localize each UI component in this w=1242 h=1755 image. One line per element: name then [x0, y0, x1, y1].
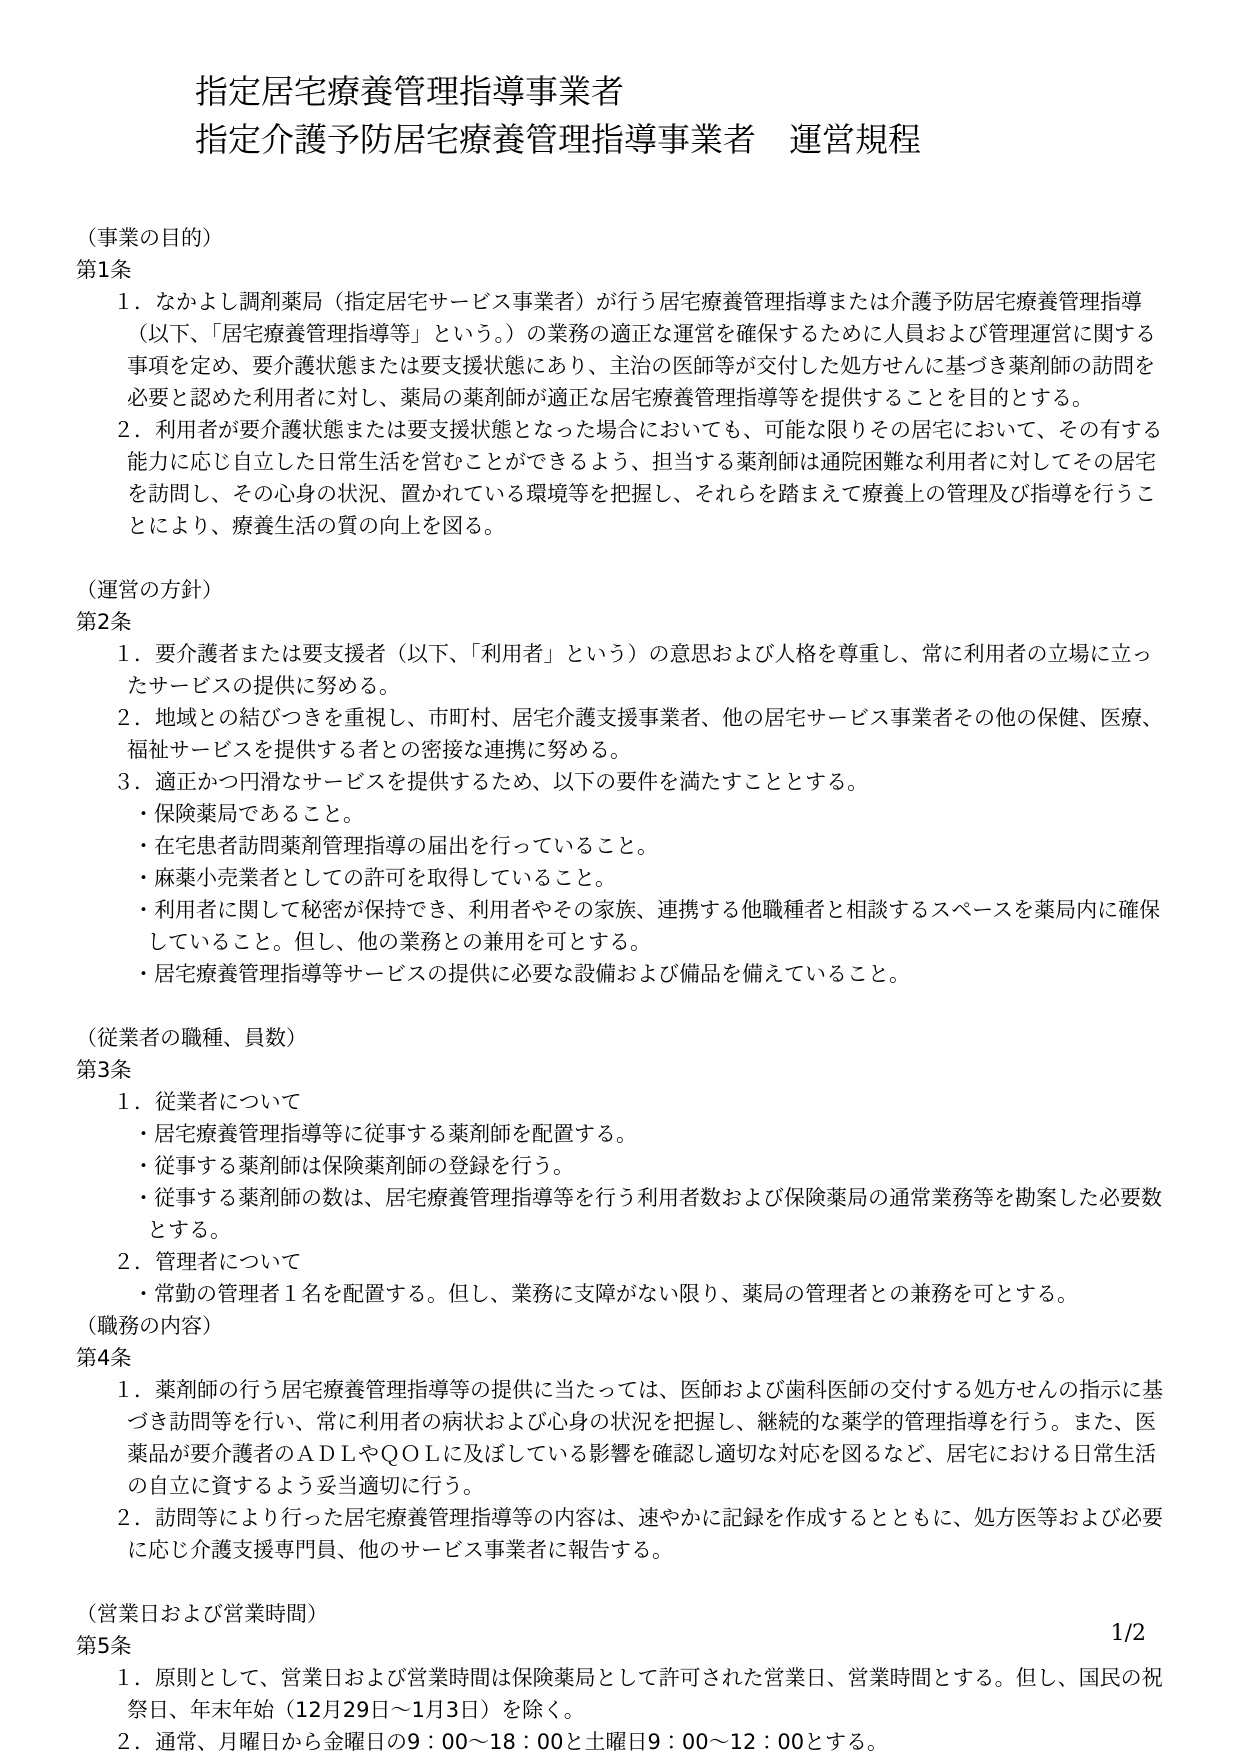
item-text: 訪問等により行った居宅療養管理指導等の内容は、速やかに記録を作成するとともに、処…	[127, 1506, 1163, 1562]
bullet-marker: ・	[133, 802, 154, 826]
item-number: １．	[113, 642, 155, 666]
document-body: （事業の目的） 第1条 １．なかよし調剤薬局（指定居宅サービス事業者）が行う居宅…	[0, 164, 1242, 1755]
bullet-marker: ・	[133, 962, 154, 986]
bullet-item: ・利用者に関して秘密が保持でき、利用者やその家族、連携する他職種者と相談するスペ…	[76, 894, 1168, 958]
section-job-duties: （職務の内容） 第4条 １．薬剤師の行う居宅療養管理指導等の提供に当たっては、医…	[76, 1310, 1168, 1566]
article-item: ２．管理者について	[76, 1246, 1168, 1278]
bullet-item: ・居宅療養管理指導等サービスの提供に必要な設備および備品を備えていること。	[76, 958, 1168, 990]
bullet-item: ・居宅療養管理指導等に従事する薬剤師を配置する。	[76, 1118, 1168, 1150]
bullet-item: ・麻薬小売業者としての許可を取得していること。	[76, 862, 1168, 894]
bullet-text: 在宅患者訪問薬剤管理指導の届出を行っていること。	[154, 834, 658, 858]
article-item: １．要介護者または要支援者（以下、「利用者」という）の意思および人格を尊重し、常…	[76, 638, 1168, 702]
article-item: １．従業者について	[76, 1086, 1168, 1118]
article-item: ２．訪問等により行った居宅療養管理指導等の内容は、速やかに記録を作成するとともに…	[76, 1502, 1168, 1566]
article-number: 第5条	[76, 1630, 1168, 1662]
bullet-marker: ・	[133, 898, 154, 922]
section-heading: （事業の目的）	[76, 222, 1168, 254]
bullet-marker: ・	[133, 1186, 154, 1210]
bullet-item: ・保険薬局であること。	[76, 798, 1168, 830]
section-heading: （営業日および営業時間）	[76, 1598, 1168, 1630]
item-number: １．	[113, 290, 155, 314]
bullet-marker: ・	[133, 1282, 154, 1306]
bullet-item: ・従事する薬剤師は保険薬剤師の登録を行う。	[76, 1150, 1168, 1182]
item-text: 薬剤師の行う居宅療養管理指導等の提供に当たっては、医師および歯科医師の交付する処…	[127, 1378, 1163, 1498]
item-number: ２．	[113, 706, 155, 730]
item-number: １．	[113, 1666, 155, 1690]
bullet-text: 常勤の管理者１名を配置する。但し、業務に支障がない限り、薬局の管理者との兼務を可…	[154, 1282, 1078, 1306]
article-number: 第1条	[76, 254, 1168, 286]
bullet-text: 保険薬局であること。	[154, 802, 364, 826]
bullet-item: ・在宅患者訪問薬剤管理指導の届出を行っていること。	[76, 830, 1168, 862]
article-item: ２．通常、月曜日から金曜日の9：00～18：00と土曜日9：00～12：00とす…	[76, 1726, 1168, 1755]
bullet-marker: ・	[133, 834, 154, 858]
item-number: ２．	[113, 1506, 155, 1530]
document-title-line2: 指定介護予防居宅療養管理指導事業者 運営規程	[195, 116, 1202, 164]
item-number: ２．	[113, 418, 155, 442]
section-heading: （職務の内容）	[76, 1310, 1168, 1342]
article-number: 第4条	[76, 1342, 1168, 1374]
document-title-line1: 指定居宅療養管理指導事業者	[195, 68, 1202, 116]
bullet-text: 利用者に関して秘密が保持でき、利用者やその家族、連携する他職種者と相談するスペー…	[147, 898, 1160, 954]
article-item: ２．地域との結びつきを重視し、市町村、居宅介護支援事業者、他の居宅サービス事業者…	[76, 702, 1168, 766]
document-title: 指定居宅療養管理指導事業者 指定介護予防居宅療養管理指導事業者 運営規程	[0, 0, 1242, 164]
bullet-text: 従事する薬剤師の数は、居宅療養管理指導等を行う利用者数および保険薬局の通常業務等…	[147, 1186, 1162, 1242]
item-text: 地域との結びつきを重視し、市町村、居宅介護支援事業者、他の居宅サービス事業者その…	[127, 706, 1163, 762]
article-item: ２．利用者が要介護状態または要支援状態となった場合においても、可能な限りその居宅…	[76, 414, 1168, 542]
page-number: 1/2	[1111, 1620, 1146, 1648]
item-number: ２．	[113, 1730, 155, 1754]
bullet-marker: ・	[133, 1122, 154, 1146]
bullet-text: 居宅療養管理指導等サービスの提供に必要な設備および備品を備えていること。	[154, 962, 910, 986]
item-text: 利用者が要介護状態または要支援状態となった場合においても、可能な限りその居宅にお…	[127, 418, 1163, 538]
item-text: 管理者について	[155, 1250, 302, 1274]
bullet-item: ・常勤の管理者１名を配置する。但し、業務に支障がない限り、薬局の管理者との兼務を…	[76, 1278, 1168, 1310]
item-text: 従業者について	[155, 1090, 302, 1114]
bullet-text: 麻薬小売業者としての許可を取得していること。	[154, 866, 616, 890]
item-text: 原則として、営業日および営業時間は保険薬局として許可された営業日、営業時間とする…	[127, 1666, 1163, 1722]
item-number: １．	[113, 1090, 155, 1114]
item-number: ３．	[113, 770, 155, 794]
item-text: 通常、月曜日から金曜日の9：00～18：00と土曜日9：00～12：00とする。	[155, 1730, 888, 1754]
article-item: １．薬剤師の行う居宅療養管理指導等の提供に当たっては、医師および歯科医師の交付す…	[76, 1374, 1168, 1502]
article-number: 第3条	[76, 1054, 1168, 1086]
item-number: ２．	[113, 1250, 155, 1274]
item-text: 要介護者または要支援者（以下、「利用者」という）の意思および人格を尊重し、常に利…	[127, 642, 1153, 698]
bullet-item: ・従事する薬剤師の数は、居宅療養管理指導等を行う利用者数および保険薬局の通常業務…	[76, 1182, 1168, 1246]
document-page: 指定居宅療養管理指導事業者 指定介護予防居宅療養管理指導事業者 運営規程 （事業…	[0, 0, 1242, 1755]
item-number: １．	[113, 1378, 155, 1402]
article-number: 第2条	[76, 606, 1168, 638]
bullet-marker: ・	[133, 866, 154, 890]
article-item: １．なかよし調剤薬局（指定居宅サービス事業者）が行う居宅療養管理指導または介護予…	[76, 286, 1168, 414]
bullet-text: 居宅療養管理指導等に従事する薬剤師を配置する。	[154, 1122, 637, 1146]
section-heading: （従業者の職種、員数）	[76, 1022, 1168, 1054]
bullet-text: 従事する薬剤師は保険薬剤師の登録を行う。	[154, 1154, 574, 1178]
section-management-policy: （運営の方針） 第2条 １．要介護者または要支援者（以下、「利用者」という）の意…	[76, 574, 1168, 990]
section-business-purpose: （事業の目的） 第1条 １．なかよし調剤薬局（指定居宅サービス事業者）が行う居宅…	[76, 222, 1168, 542]
article-item: ３．適正かつ円滑なサービスを提供するため、以下の要件を満たすこととする。	[76, 766, 1168, 798]
bullet-marker: ・	[133, 1154, 154, 1178]
section-business-hours: （営業日および営業時間） 第5条 １．原則として、営業日および営業時間は保険薬局…	[76, 1598, 1168, 1755]
section-staff-composition: （従業者の職種、員数） 第3条 １．従業者について ・居宅療養管理指導等に従事す…	[76, 1022, 1168, 1310]
article-item: １．原則として、営業日および営業時間は保険薬局として許可された営業日、営業時間と…	[76, 1662, 1168, 1726]
item-text: 適正かつ円滑なサービスを提供するため、以下の要件を満たすこととする。	[155, 770, 868, 794]
section-heading: （運営の方針）	[76, 574, 1168, 606]
item-text: なかよし調剤薬局（指定居宅サービス事業者）が行う居宅療養管理指導または介護予防居…	[127, 290, 1156, 410]
